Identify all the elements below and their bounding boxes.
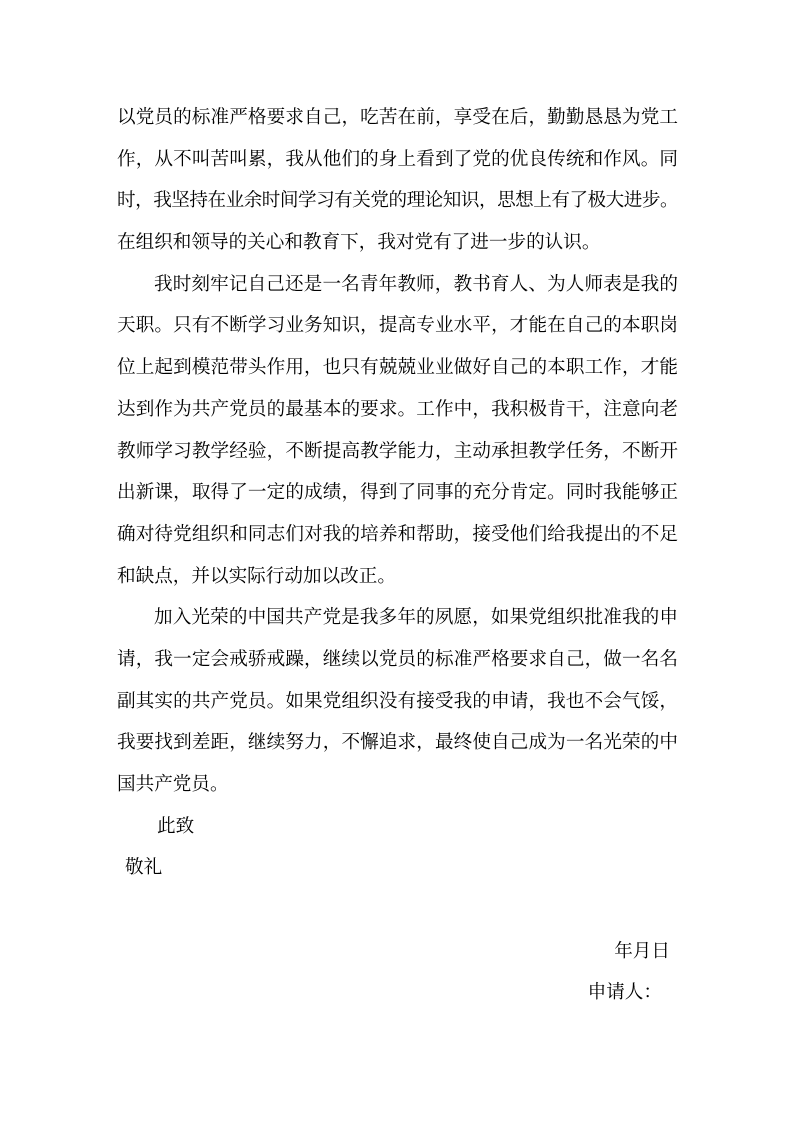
- text-line: 副其实的共产党员。如果党组织没有接受我的申请，我也不会气馁，: [117, 680, 678, 722]
- text-line: 出新课，取得了一定的成绩，得到了同事的充分肯定。同时我能够正: [117, 471, 678, 513]
- text-line: 在组织和领导的关心和教育下，我对党有了进一步的认识。: [117, 221, 678, 263]
- paragraph-1: 以党员的标准严格要求自己，吃苦在前，享受在后，勤勤恳恳为党工 作，从不叫苦叫累，…: [117, 96, 678, 263]
- text-line: 位上起到模范带头作用，也只有兢兢业业做好自己的本职工作，才能: [117, 346, 678, 388]
- text-line: 时，我坚持在业余时间学习有关党的理论知识，思想上有了极大进步。: [117, 179, 678, 221]
- text-line: 教师学习教学经验，不断提高教学能力，主动承担教学任务，不断开: [117, 430, 678, 472]
- text-line: 国共产党员。: [117, 763, 678, 805]
- signature-block: 年月日 申请人：: [117, 888, 678, 1013]
- salutation-line: 此致: [117, 805, 678, 847]
- text-line: 请，我一定会戒骄戒躁，继续以党员的标准严格要求自己，做一名名: [117, 638, 678, 680]
- closing-block: 此致 敬礼: [117, 805, 678, 888]
- text-line: 达到作为共产党员的最基本的要求。工作中，我积极肯干，注意向老: [117, 388, 678, 430]
- text-line: 天职。只有不断学习业务知识，提高专业水平，才能在自己的本职岗: [117, 304, 678, 346]
- document-page: 以党员的标准严格要求自己，吃苦在前，享受在后，勤勤恳恳为党工 作，从不叫苦叫累，…: [0, 0, 793, 1122]
- text-line: 我时刻牢记自己还是一名青年教师，教书育人、为人师表是我的: [117, 263, 678, 305]
- text-line: 作，从不叫苦叫累，我从他们的身上看到了党的优良传统和作风。同: [117, 138, 678, 180]
- paragraph-2: 我时刻牢记自己还是一名青年教师，教书育人、为人师表是我的 天职。只有不断学习业务…: [117, 263, 678, 597]
- text-line: 和缺点，并以实际行动加以改正。: [117, 555, 678, 597]
- text-line: 以党员的标准严格要求自己，吃苦在前，享受在后，勤勤恳恳为党工: [117, 96, 678, 138]
- regards-line: 敬礼: [117, 846, 678, 888]
- paragraph-3: 加入光荣的中国共产党是我多年的夙愿，如果党组织批准我的申 请，我一定会戒骄戒躁，…: [117, 596, 678, 804]
- text-line: 我要找到差距，继续努力，不懈追求，最终使自己成为一名光荣的中: [117, 721, 678, 763]
- line-spacer: [117, 888, 678, 930]
- applicant-line: 申请人：: [117, 971, 678, 1013]
- text-line: 确对待党组织和同志们对我的培养和帮助，接受他们给我提出的不足: [117, 513, 678, 555]
- date-line: 年月日: [117, 930, 678, 972]
- text-line: 加入光荣的中国共产党是我多年的夙愿，如果党组织批准我的申: [117, 596, 678, 638]
- letter-body: 以党员的标准严格要求自己，吃苦在前，享受在后，勤勤恳恳为党工 作，从不叫苦叫累，…: [117, 96, 678, 1013]
